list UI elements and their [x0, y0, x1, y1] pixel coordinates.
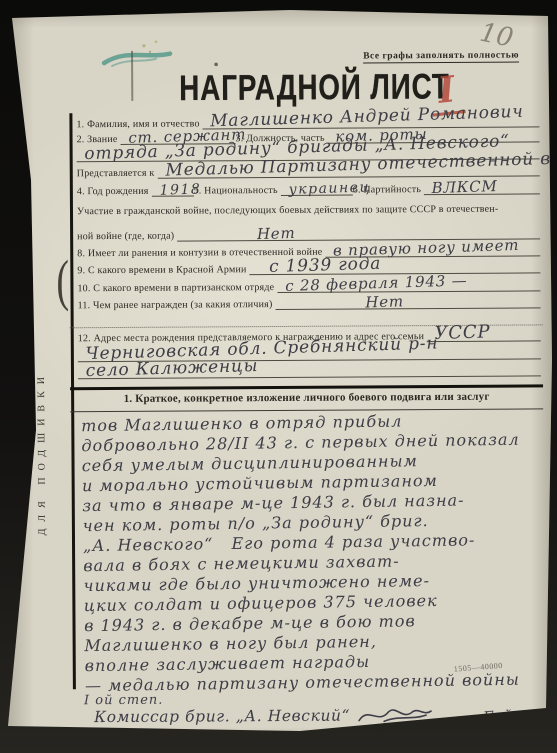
field-party-line: ВЛКСМ: [424, 178, 540, 195]
field-birthyear-label: 4. Год рождения: [77, 186, 152, 197]
field-party-value: ВЛКСМ: [432, 177, 499, 197]
crease-mark: [131, 51, 133, 101]
citation-section-title: 1. Краткое, конкретное изложение личного…: [70, 390, 543, 405]
page-number-pencil: 10: [477, 18, 515, 54]
field-army-label: 9. С какого времени в Красной Армии: [77, 264, 249, 276]
form-content: 10 Все графы заполнять полностью НАГРАДН…: [0, 0, 557, 753]
field-address-line3: село Калюженцы: [78, 360, 541, 379]
field-army-row: 9. С какого времени в Красной Армии с 19…: [77, 257, 540, 276]
field-birthyear-line: 1918: [152, 181, 194, 197]
field-army-line: с 1939 года: [250, 257, 541, 275]
fill-instruction-note: Все графы заполнять полностью: [363, 51, 519, 64]
field-nationality-value: украинец: [288, 179, 371, 197]
field-nationality-label: 5. Национальность: [194, 185, 281, 197]
field-award-label: Представляется к: [77, 168, 158, 179]
signature-row: Комиссар бриг. „А. Невский“ Бойченко: [94, 703, 557, 728]
field-prior-awards-label: 11. Чем ранее награжден (за какия отличи…: [78, 299, 276, 311]
field-war-participation-label1: Участие в гражданской войне, последующих…: [77, 203, 540, 217]
field-prior-awards-value: Нет: [365, 292, 404, 311]
field-war-participation-label2: ной войне (где, когда): [77, 231, 177, 243]
field-partisan-label: 10. С какого времени в партизанском отря…: [77, 282, 277, 294]
signature-title: Комиссар бриг. „А. Невский“: [94, 707, 350, 727]
field-address-row3: село Калюженцы: [78, 360, 541, 379]
field-address-value: УССР: [435, 321, 491, 344]
margin-brace: (: [56, 248, 69, 314]
field-partisan-row: 10. С какого времени в партизанском отря…: [77, 275, 540, 294]
field-award-line: Медалью Партизану отечественной войны: [157, 160, 539, 178]
signature-name: Бойченко: [483, 703, 557, 727]
field-partisan-line: с 28 февраля 1943 —: [277, 275, 540, 293]
field-prior-awards-row: 11. Чем ранее награжден (за какия отличи…: [77, 292, 540, 311]
field-address-value3: село Калюженцы: [85, 356, 258, 381]
section-rule-heavy: [70, 384, 543, 390]
binding-margin-text: Для подшивки: [35, 227, 48, 535]
scan-background: 10 Все графы заполнять полностью НАГРАДН…: [0, 0, 557, 753]
citation-text: тов Маглишенко в отряд прибылдобровольно…: [81, 409, 542, 696]
document-page: 10 Все графы заполнять полностью НАГРАДН…: [0, 0, 557, 753]
form-title: НАГРАДНОЙ ЛИСТ: [179, 67, 450, 110]
field-address-line: УССР: [427, 325, 541, 342]
field-award-row: Представляется к Медалью Партизану отече…: [77, 160, 540, 179]
field-birthyear-value: 1918: [159, 181, 201, 198]
field-birth-row: 4. Год рождения 1918 5. Национальность у…: [77, 178, 540, 197]
signature-flourish: [356, 704, 434, 726]
field-nationality-line: украинец: [281, 180, 353, 196]
field-prior-awards-line: Нет: [275, 292, 540, 310]
field-war-participation-value: Нет: [257, 224, 296, 243]
